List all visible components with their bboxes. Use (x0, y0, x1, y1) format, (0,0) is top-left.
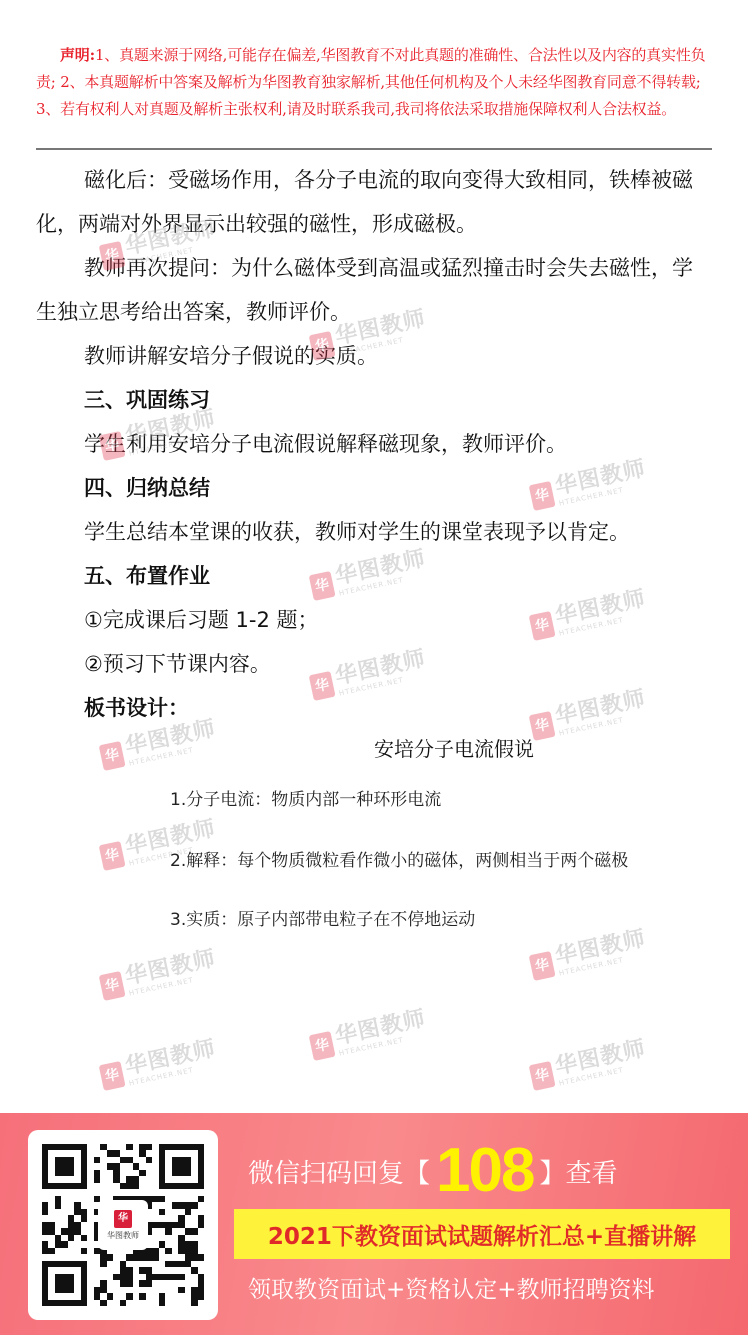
homework-item-2: ②预习下节课内容。 (36, 642, 712, 686)
promo-line-materials: 领取教资面试+资格认定+教师招聘资料 (248, 1271, 655, 1304)
huatu-logo-icon: 华 (309, 1030, 336, 1060)
huatu-logo-icon: 华 (99, 1060, 126, 1090)
qr-center-logo: 华 华图教师 (98, 1200, 148, 1250)
watermark-text: 华图教师 (123, 948, 218, 989)
watermark: 华华图教师HTEACHER.NET (308, 1008, 430, 1063)
watermark-subtext: HTEACHER.NET (338, 1032, 429, 1058)
watermark: 华华图教师HTEACHER.NET (528, 928, 650, 983)
huatu-logo-icon: 华 (99, 840, 126, 870)
watermark-subtext: HTEACHER.NET (128, 1062, 219, 1088)
board-item-3: 3.实质：原子内部带电粒子在不停地运动 (170, 905, 475, 930)
huatu-logo-icon: 华 (114, 1210, 132, 1228)
paragraph-summary: 学生总结本堂课的收获，教师对学生的课堂表现予以肯定。 (36, 510, 712, 554)
board-title: 安培分子电流假说 (0, 733, 748, 762)
watermark: 华华图教师HTEACHER.NET (98, 948, 220, 1003)
watermark-text: 华图教师 (333, 1008, 428, 1049)
heading-practice: 三、巩固练习 (36, 378, 712, 422)
watermark-text: 华图教师 (123, 1038, 218, 1079)
paragraph-teacher-question: 教师再次提问：为什么磁体受到高温或猛烈撞击时会失去磁性，学生独立思考给出答案，教… (36, 246, 712, 334)
divider (36, 148, 712, 150)
heading-homework: 五、布置作业 (36, 554, 712, 598)
promo-highlight: 2021下教资面试试题解析汇总+直播讲解 (234, 1209, 730, 1259)
paragraph-teacher-explain: 教师讲解安培分子假说的实质。 (36, 334, 712, 378)
watermark-subtext: HTEACHER.NET (128, 972, 219, 998)
promo-suffix: 】查看 (539, 1153, 617, 1190)
watermark: 华华图教师HTEACHER.NET (98, 1038, 220, 1093)
homework-item-1: ①完成课后习题 1-2 题； (36, 598, 712, 642)
board-item-1: 1.分子电流：物质内部一种环形电流 (170, 785, 441, 810)
paragraph-practice: 学生利用安培分子电流假说解释磁现象，教师评价。 (36, 422, 712, 466)
heading-board-design: 板书设计： (36, 686, 712, 730)
watermark-subtext: HTEACHER.NET (558, 1062, 649, 1088)
disclaimer-lead: 声明: (60, 46, 95, 64)
qr-center-text: 华图教师 (107, 1230, 139, 1241)
huatu-logo-icon: 华 (529, 950, 556, 980)
heading-summary: 四、归纳总结 (36, 466, 712, 510)
huatu-logo-icon: 华 (99, 970, 126, 1000)
watermark: 华华图教师HTEACHER.NET (528, 1038, 650, 1093)
qr-card[interactable]: 华 华图教师 (28, 1130, 218, 1320)
board-item-2: 2.解释：每个物质微粒看作微小的磁体，两侧相当于两个磁极 (170, 846, 628, 871)
content: 磁化后：受磁场作用，各分子电流的取向变得大致相同，铁棒被磁化，两端对外界显示出较… (36, 158, 712, 730)
watermark-text: 华图教师 (553, 928, 648, 969)
disclaimer-text: 1、真题来源于网络,可能存在偏差,华图教育不对此真题的准确性、合法性以及内容的真… (36, 46, 705, 118)
promo-banner[interactable]: 华 华图教师 微信扫码回复【 108 】查看 2021下教资面试试题解析汇总+直… (0, 1113, 748, 1335)
paragraph-magnetized: 磁化后：受磁场作用，各分子电流的取向变得大致相同，铁棒被磁化，两端对外界显示出较… (36, 158, 712, 246)
promo-code: 108 (436, 1141, 533, 1201)
huatu-logo-icon: 华 (529, 1060, 556, 1090)
watermark-subtext: HTEACHER.NET (558, 952, 649, 978)
promo-line-wechat: 微信扫码回复【 108 】查看 (248, 1141, 617, 1201)
watermark-text: 华图教师 (553, 1038, 648, 1079)
disclaimer: 声明:1、真题来源于网络,可能存在偏差,华图教育不对此真题的准确性、合法性以及内… (36, 42, 712, 123)
promo-prefix: 微信扫码回复【 (248, 1153, 430, 1190)
